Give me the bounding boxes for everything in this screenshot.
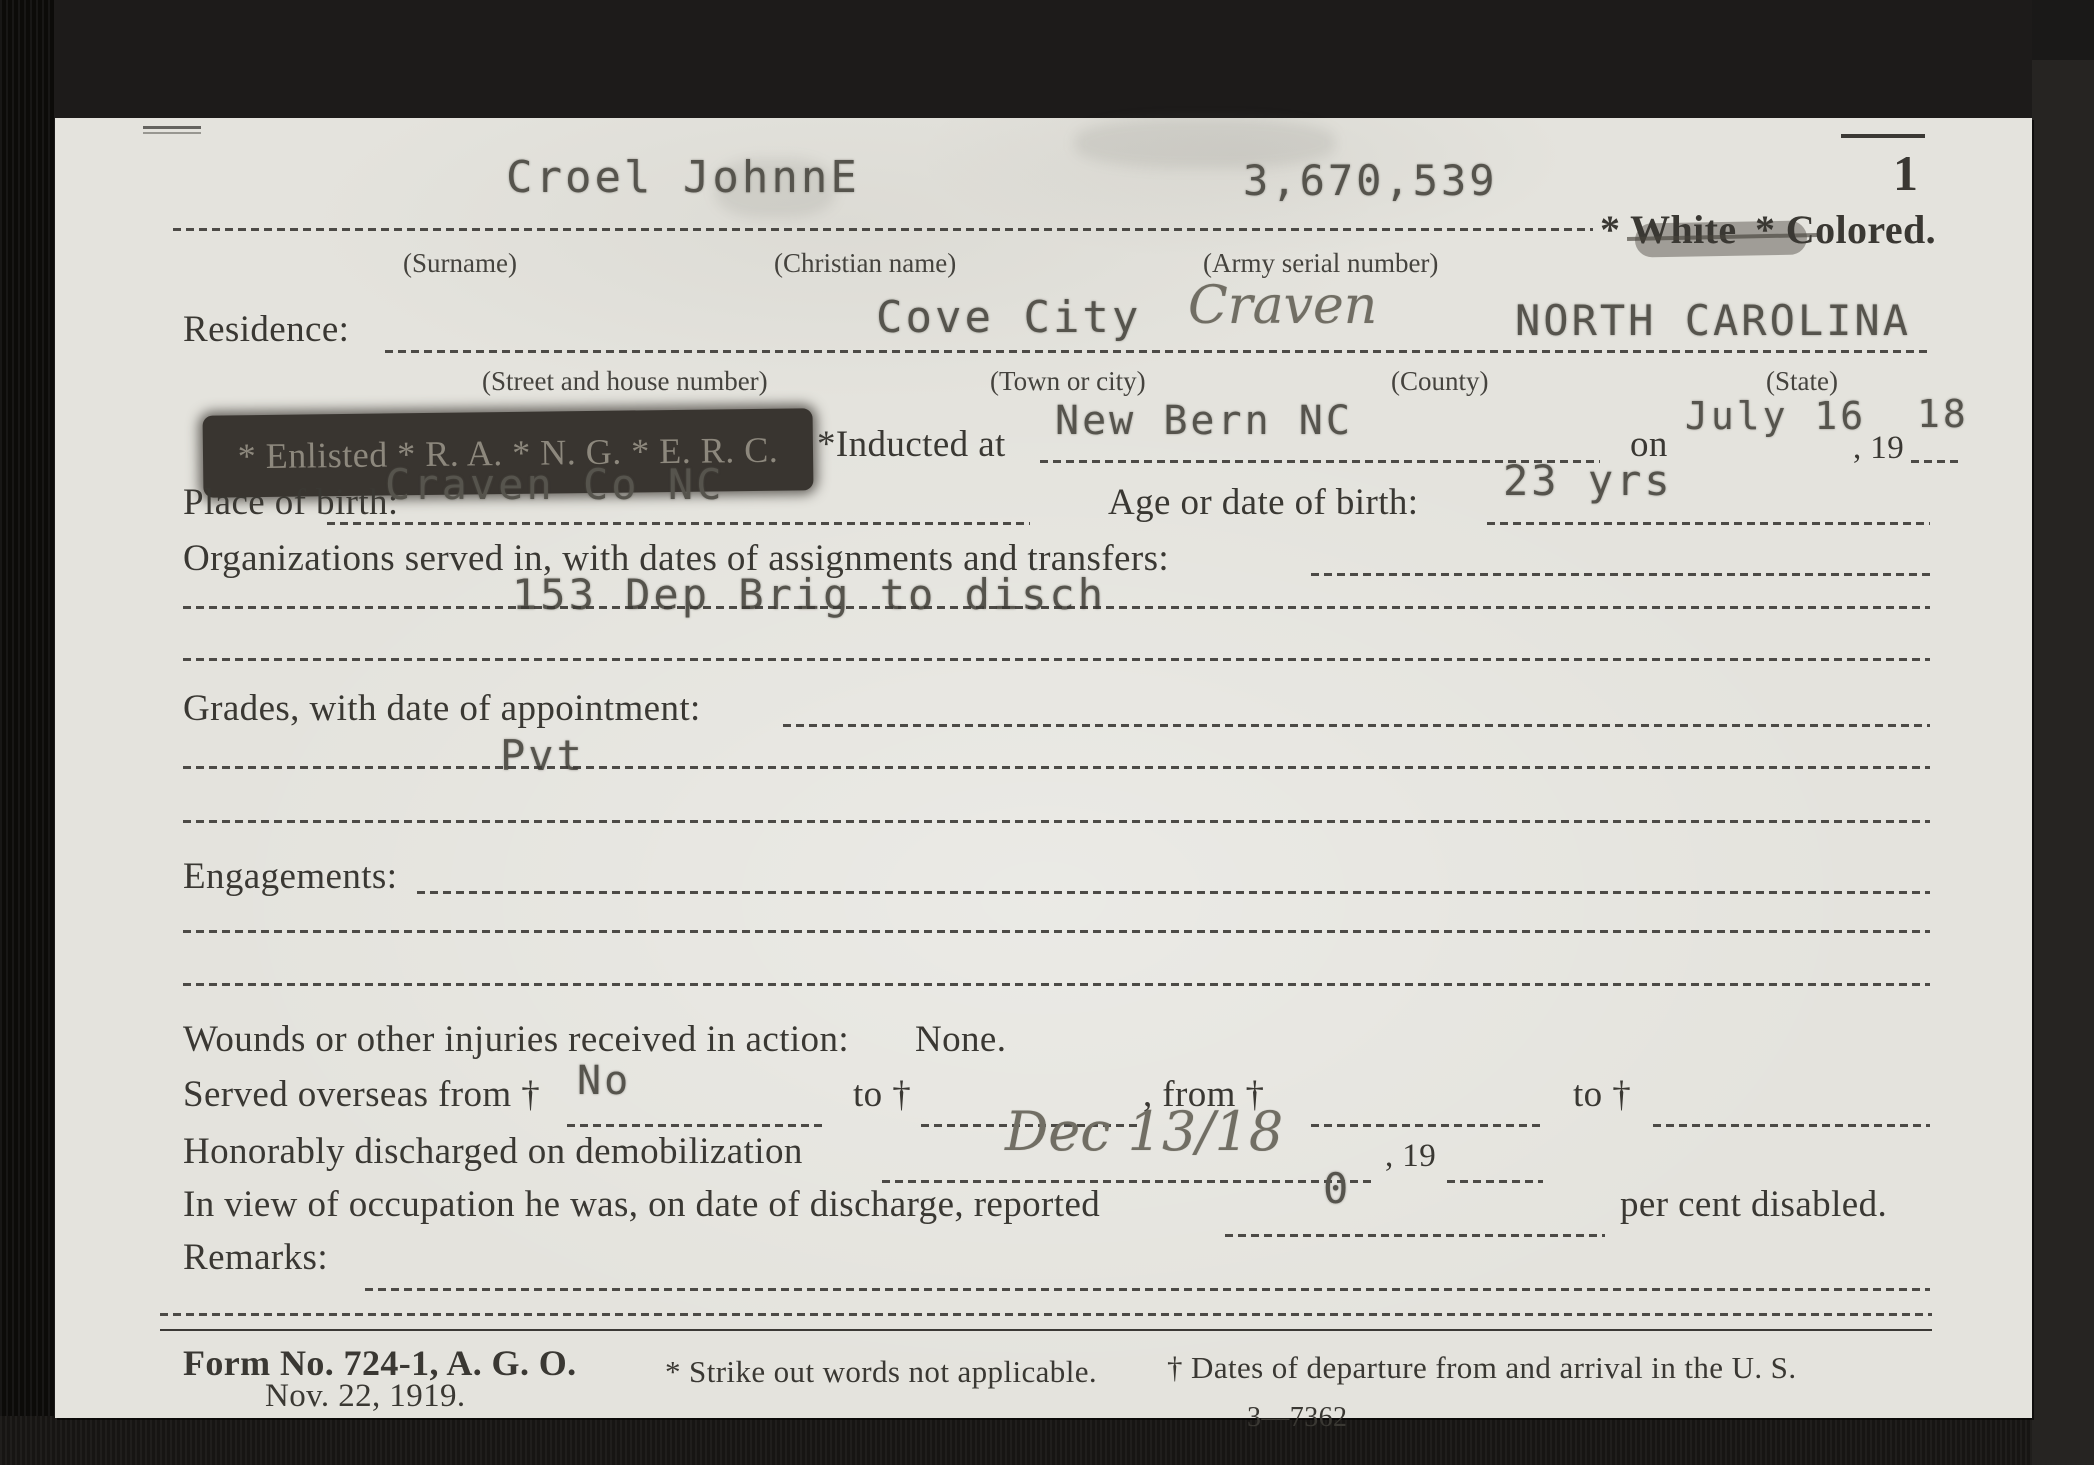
organizations-trailing-line [1311, 573, 1930, 576]
corner-mark-2 [143, 132, 201, 134]
residence-line [385, 350, 1930, 353]
inducted-at-label: *Inducted at [817, 423, 1006, 466]
scanner-background-left [0, 0, 54, 1465]
disability-suffix-label: per cent disabled. [1620, 1183, 1887, 1226]
county-label: (County) [1391, 366, 1489, 397]
service-record-card: 1 Croel JohnnE 3,670,539 * White * Color… [55, 118, 2032, 1418]
disability-label: In view of occupation he was, on date of… [183, 1183, 1100, 1226]
remarks-line [365, 1288, 1930, 1291]
age-label: Age or date of birth: [1108, 481, 1418, 524]
surname-label: (Surname) [403, 248, 517, 279]
page-number-rule [1841, 134, 1925, 138]
dagger-note: † Dates of departure from and arrival in… [1167, 1350, 1796, 1386]
street-label: (Street and house number) [482, 366, 768, 397]
grades-value: Pvt [500, 731, 585, 780]
overseas-from1-value: No [577, 1058, 631, 1104]
scanner-background-bottom [0, 1416, 2094, 1465]
residence-county-value: Craven [1188, 276, 1377, 336]
discharge-year-label: , 19 [1385, 1138, 1436, 1175]
overseas-from1-label: Served overseas from † [183, 1073, 540, 1116]
state-label: (State) [1766, 366, 1838, 397]
induction-year-value: 18 [1917, 392, 1969, 436]
discharge-date-value: Dec 13/18 [1005, 1100, 1283, 1163]
race-white-label: * White [1600, 206, 1737, 253]
disability-line [1225, 1234, 1605, 1237]
overseas-to1-label: to † [853, 1073, 911, 1116]
engagements-label: Engagements: [183, 855, 397, 898]
residence-state-value: NORTH CAROLINA [1515, 296, 1911, 345]
induction-date-value: July 16 [1685, 394, 1866, 438]
army-serial-label: (Army serial number) [1203, 248, 1438, 279]
age-value: 23 yrs [1503, 456, 1673, 505]
discharge-year-line [1447, 1180, 1543, 1183]
name-value: Croel JohnnE [506, 152, 860, 203]
residence-town-value: Cove City [876, 292, 1141, 343]
age-line [1487, 522, 1930, 525]
organizations-line-2 [183, 658, 1930, 661]
year-line [1911, 460, 1959, 463]
wounds-label: Wounds or other injuries received in act… [183, 1018, 849, 1061]
place-of-birth-line [327, 522, 1030, 525]
organizations-line-1 [183, 606, 1930, 609]
engagements-trailing-line [417, 891, 1930, 894]
place-of-birth-value: Craven Co NC [385, 460, 724, 509]
overseas-line-4 [1653, 1124, 1930, 1127]
year-19-label: , 19 [1853, 430, 1904, 467]
grades-line-2 [183, 820, 1930, 823]
form-date: Nov. 22, 1919. [265, 1378, 466, 1415]
scanned-document-scene: 1 Croel JohnnE 3,670,539 * White * Color… [0, 0, 2094, 1465]
organizations-value: 153 Dep Brig to disch [512, 570, 1106, 619]
engagements-line-2 [183, 983, 1930, 986]
place-of-birth-label: Place of birth: [183, 481, 399, 524]
grades-label: Grades, with date of appointment: [183, 687, 701, 730]
print-code: 3—7362 [1247, 1402, 1347, 1434]
christian-name-label: (Christian name) [774, 248, 956, 279]
name-rule-dashed [173, 228, 1593, 231]
overseas-to2-label: to † [1573, 1073, 1631, 1116]
wounds-value: None. [915, 1018, 1006, 1061]
residence-label: Residence: [183, 308, 349, 351]
remarks-label: Remarks: [183, 1236, 328, 1279]
overseas-line-3 [1311, 1124, 1543, 1127]
discharge-label: Honorably discharged on demobilization [183, 1130, 803, 1173]
footer-solid-rule [160, 1329, 1932, 1331]
scanner-background-corner [2032, 0, 2094, 60]
serial-value: 3,670,539 [1243, 156, 1498, 205]
scanner-background-right [2032, 60, 2094, 1465]
town-label: (Town or city) [990, 366, 1146, 397]
strike-note: * Strike out words not applicable. [665, 1354, 1097, 1390]
engagements-line-1 [183, 930, 1930, 933]
grades-line-1 [183, 766, 1930, 769]
inducted-place-value: New Bern NC [1055, 398, 1353, 444]
corner-mark [143, 126, 201, 129]
overseas-line-1 [567, 1124, 823, 1127]
grades-trailing-line [783, 724, 1930, 727]
disability-value: 0 [1323, 1164, 1351, 1213]
race-colored-label: * Colored. [1755, 206, 1936, 253]
page-number: 1 [1893, 144, 1918, 202]
footer-dashed-rule [160, 1313, 1932, 1316]
